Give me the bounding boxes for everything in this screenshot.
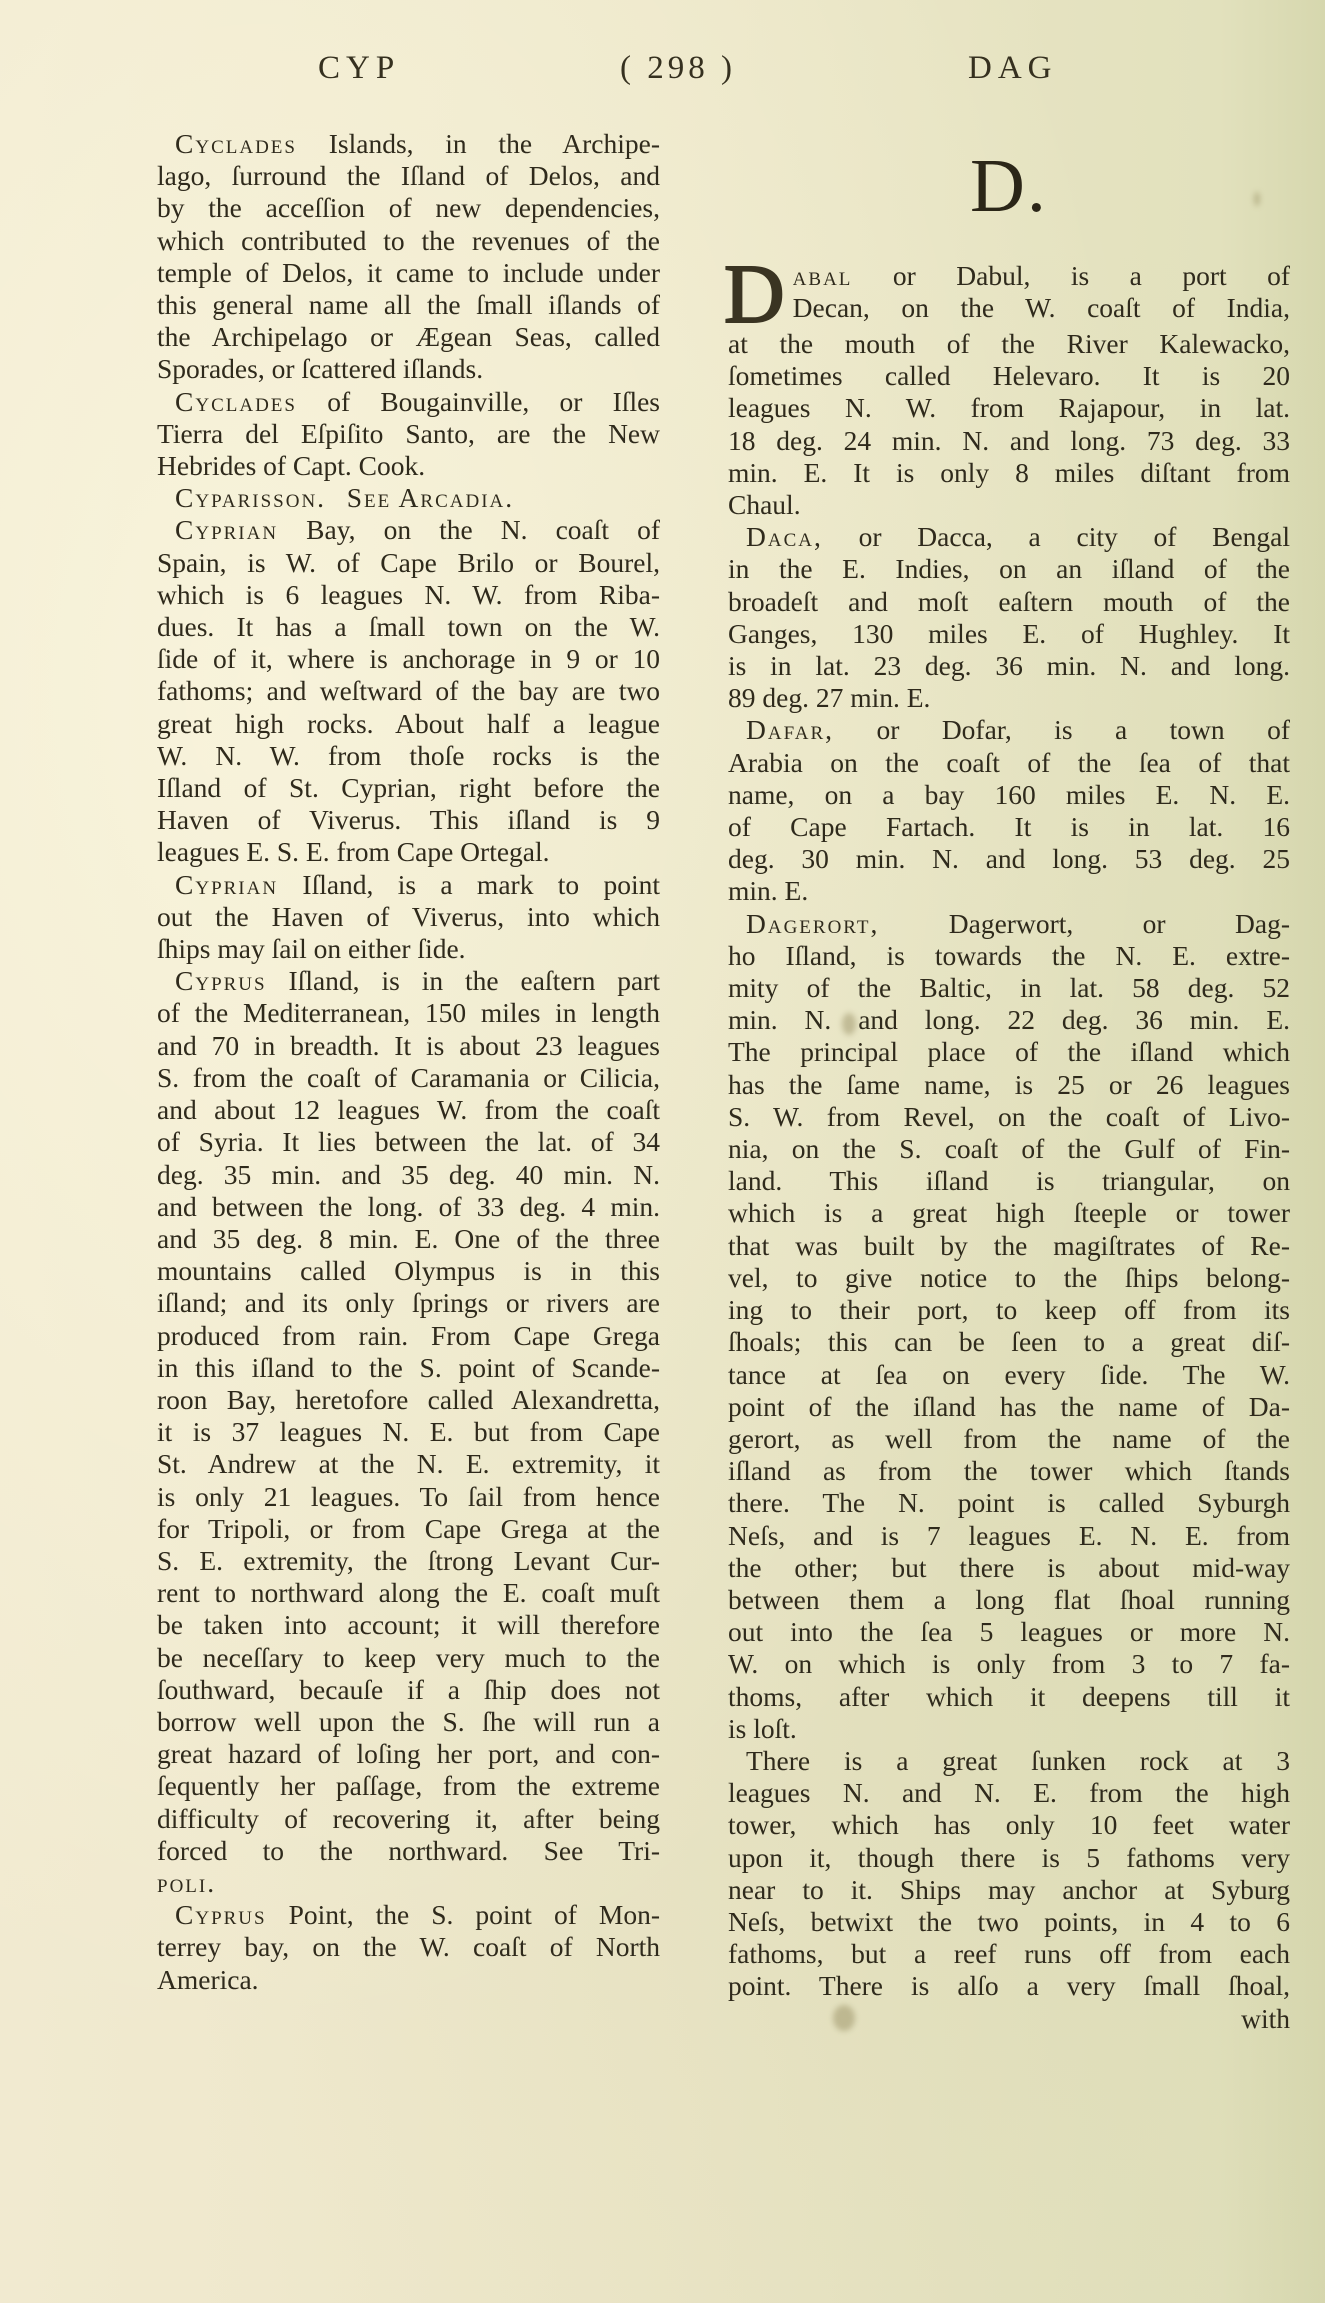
entry-line: and between the long. of 33 deg. 4 min. (157, 1191, 660, 1223)
entry-dagerort: Dagerort, Dagerwort, or Dag- ho Iſland, … (728, 908, 1290, 1745)
entry-line: Dagerort, Dagerwort, or Dag- (728, 908, 1290, 940)
headword: Cyprus (175, 965, 267, 996)
entry-line: by the acceſſion of new dependencies, (157, 192, 660, 224)
entry-line: tower, which has only 10 feet water (728, 1809, 1290, 1841)
entry-line: min. E. (728, 875, 1290, 907)
entry-line: ſouthward, becauſe if a ſhip does not (157, 1674, 660, 1706)
paper-stain (842, 1013, 856, 1035)
entry-cyprian-island: Cyprian Iſland, is a mark to point out t… (157, 869, 660, 966)
entry-line: Cyclades of Bougainville, or Iſles (157, 386, 660, 418)
entry-line: abal or Dabul, is a port of (793, 260, 1290, 292)
entry-line: between them a long flat ſhoal running (728, 1584, 1290, 1616)
entry-line: has the ſame name, is 25 or 26 leagues (728, 1069, 1290, 1101)
entry-line: W. N. W. from thoſe rocks is the (157, 740, 660, 772)
entry-line: this general name all the ſmall iſlands … (157, 289, 660, 321)
entry-line: Dafar, or Dofar, is a town of (728, 714, 1290, 746)
entry-dabal: D abal or Dabul, is a port of Decan, on … (728, 260, 1290, 521)
left-column: Cyclades Islands, in the Archipe- lago, … (157, 128, 660, 1996)
entry-line: of the Mediterranean, 150 miles in lengt… (157, 997, 660, 1029)
entry-line: Haven of Viverus. This iſland is 9 (157, 804, 660, 836)
entry-line: great high rocks. About half a league (157, 708, 660, 740)
entry-line: Chaul. (728, 489, 1290, 521)
book-page: CYP ( 298 ) DAG Cyclades Islands, in the… (0, 0, 1325, 2303)
entry-line: 89 deg. 27 min. E. (728, 682, 1290, 714)
entry-line: mountains called Olympus is in this (157, 1255, 660, 1287)
entry-line: Neſs, betwixt the two points, in 4 to 6 (728, 1906, 1290, 1938)
entry-line: out the Haven of Viverus, into which (157, 901, 660, 933)
entry-line: at the mouth of the River Kalewacko, (728, 328, 1290, 360)
entry-line: min. N. and long. 22 deg. 36 min. E. (728, 1004, 1290, 1036)
headword: Cyclades (175, 386, 297, 417)
entry-cyparisson: Cyparisson. See Arcadia. (157, 482, 660, 514)
entry-line: Cyprian Bay, on the N. coaſt of (157, 514, 660, 546)
entry-line: leagues N. W. from Rajapour, in lat. (728, 392, 1290, 424)
entry-line: forced to the northward. See Tri- (157, 1835, 660, 1867)
paragraph-opening: There (746, 1745, 810, 1776)
entry-line: Cyprian Iſland, is a mark to point (157, 869, 660, 901)
entry-line: upon it, though there is 5 fathoms very (728, 1842, 1290, 1874)
entry-line: for Tripoli, or from Cape Grega at the (157, 1513, 660, 1545)
entry-line: is only 21 leagues. To ſail from hence (157, 1481, 660, 1513)
entry-line: and about 12 leagues W. from the coaſt (157, 1094, 660, 1126)
headword: Dafar, (746, 714, 834, 745)
page-number: ( 298 ) (620, 50, 736, 87)
entry-line: difficulty of recovering it, after being (157, 1803, 660, 1835)
entry-line: There is a great ſunken rock at 3 (728, 1745, 1290, 1777)
entry-line: Neſs, and is 7 leagues E. N. E. from (728, 1520, 1290, 1552)
entry-line: Ganges, 130 miles E. of Hughley. It (728, 618, 1290, 650)
entry-line: which is a great high ſteeple or tower (728, 1197, 1290, 1229)
entry-line: S. from the coaſt of Caramania or Cilici… (157, 1062, 660, 1094)
entry-line: which is 6 leagues N. W. from Riba- (157, 579, 660, 611)
entry-line: W. on which is only from 3 to 7 fa- (728, 1648, 1290, 1680)
entry-line: point of the iſland has the name of Da- (728, 1391, 1290, 1423)
headword: Cyprus (175, 1899, 267, 1930)
entry-line: in this iſland to the S. point of Scande… (157, 1352, 660, 1384)
entry-line: of Cape Fartach. It is in lat. 16 (728, 811, 1290, 843)
entry-line: St. Andrew at the N. E. extremity, it (157, 1448, 660, 1480)
entry-line: which contributed to the revenues of the (157, 225, 660, 257)
entry-line: is loſt. (728, 1713, 1290, 1745)
entry-cyprus-island: Cyprus Iſland, is in the eaſtern part of… (157, 965, 660, 1899)
entry-cyprus-point: Cyprus Point, the S. point of Mon- terre… (157, 1899, 660, 1996)
entry-line: of Syria. It lies between the lat. of 34 (157, 1126, 660, 1158)
entry-line: ſhips may ſail on either ſide. (157, 933, 660, 965)
entry-line: min. E. It is only 8 miles diſtant from (728, 457, 1290, 489)
entry-line: Daca, or Dacca, a city of Bengal (728, 521, 1290, 553)
headword: abal (793, 260, 853, 291)
entry-line: temple of Delos, it came to include unde… (157, 257, 660, 289)
entry-line: great hazard of loſing her port, and con… (157, 1738, 660, 1770)
headword: Daca, (746, 521, 823, 552)
headword: Cyprian (175, 514, 278, 545)
headword: Cyprian (175, 869, 278, 900)
entry-line: Hebrides of Capt. Cook. (157, 450, 660, 482)
entry-line: Decan, on the W. coaſt of India, (793, 292, 1290, 324)
entry-cyprian-bay: Cyprian Bay, on the N. coaſt of Spain, i… (157, 514, 660, 868)
entry-line: Cyparisson. See Arcadia. (157, 482, 660, 514)
entry-line: deg. 35 min. and 35 deg. 40 min. N. (157, 1159, 660, 1191)
entry-line: that was built by the magiſtrates of Re- (728, 1230, 1290, 1262)
entry-line: roon Bay, heretofore called Alexandretta… (157, 1384, 660, 1416)
entry-line: point. There is alſo a very ſmall ſhoal, (728, 1970, 1290, 2002)
entry-line: Sporades, or ſcattered iſlands. (157, 353, 660, 385)
right-column: D. D abal or Dabul, is a port of Decan, … (728, 128, 1290, 2035)
entry-line: ho Iſland, is towards the N. E. extre- (728, 940, 1290, 972)
entry-line: The principal place of the iſland which (728, 1036, 1290, 1068)
entry-line: fathoms; and weſtward of the bay are two (157, 675, 660, 707)
running-head-right: DAG (968, 50, 1058, 87)
entry-daca: Daca, or Dacca, a city of Bengal in the … (728, 521, 1290, 714)
entry-line: is in lat. 23 deg. 36 min. N. and long. (728, 650, 1290, 682)
entry-line: lago, ſurround the Iſland of Delos, and (157, 160, 660, 192)
entry-line: S. E. extremity, the ſtrong Levant Cur- (157, 1545, 660, 1577)
entry-line: it is 37 leagues N. E. but from Cape (157, 1416, 660, 1448)
entry-line: name, on a bay 160 miles E. N. E. (728, 779, 1290, 811)
entry-line: nia, on the S. coaſt of the Gulf of Fin- (728, 1133, 1290, 1165)
entry-line: in the E. Indies, on an iſland of the (728, 553, 1290, 585)
entry-line: Cyprus Point, the S. point of Mon- (157, 1899, 660, 1931)
entry-line: terrey bay, on the W. coaſt of North (157, 1931, 660, 1963)
entry-line: tance at ſea on every ſide. The W. (728, 1359, 1290, 1391)
entry-line: be taken into account; it will therefore (157, 1609, 660, 1641)
entry-line: Tierra del Eſpiſito Santo, are the New (157, 418, 660, 450)
entry-line: fathoms, but a reef runs off from each (728, 1938, 1290, 1970)
entry-dafar: Dafar, or Dofar, is a town of Arabia on … (728, 714, 1290, 907)
entry-line: there. The N. point is called Syburgh (728, 1487, 1290, 1519)
entry-line: be neceſſary to keep very much to the (157, 1642, 660, 1674)
entry-line: the Archipelago or Ægean Seas, called (157, 321, 660, 353)
entry-line: thoms, after which it deepens till it (728, 1681, 1290, 1713)
entry-line: leagues N. and N. E. from the high (728, 1777, 1290, 1809)
entry-line: produced from rain. From Cape Grega (157, 1320, 660, 1352)
entry-line: ſide of it, where is anchorage in 9 or 1… (157, 643, 660, 675)
headword: Cyclades (175, 128, 297, 159)
entry-line: leagues E. S. E. from Cape Ortegal. (157, 836, 660, 868)
entry-line: borrow well upon the S. ſhe will run a (157, 1706, 660, 1738)
paper-stain (1254, 192, 1260, 206)
running-head: CYP ( 298 ) DAG (0, 50, 1325, 110)
entry-line: mity of the Baltic, in lat. 58 deg. 52 (728, 972, 1290, 1004)
entry-line: broadeſt and moſt eaſtern mouth of the (728, 586, 1290, 618)
entry-line: Arabia on the coaſt of the ſea of that (728, 747, 1290, 779)
entry-line: out into the ſea 5 leagues or more N. (728, 1616, 1290, 1648)
entry-line: the other; but there is about mid-way (728, 1552, 1290, 1584)
catchword: with (728, 2003, 1290, 2035)
entry-cyclades-islands: Cyclades Islands, in the Archipe- lago, … (157, 128, 660, 386)
entry-line: near to it. Ships may anchor at Syburg (728, 1874, 1290, 1906)
entry-line: and 35 deg. 8 min. E. One of the three (157, 1223, 660, 1255)
entry-line: iſland; and its only ſprings or rivers a… (157, 1287, 660, 1319)
entry-line: ing to their port, to keep off from its (728, 1294, 1290, 1326)
entry-line: Spain, is W. of Cape Brilo or Bourel, (157, 547, 660, 579)
entry-cyclades-of-bougainville: Cyclades of Bougainville, or Iſles Tierr… (157, 386, 660, 483)
entry-line: iſland as from the tower which ſtands (728, 1455, 1290, 1487)
entry-sunken-rock-paragraph: There is a great ſunken rock at 3 league… (728, 1745, 1290, 2003)
entry-line: and 70 in breadth. It is about 23 league… (157, 1030, 660, 1062)
entry-line: 18 deg. 24 min. N. and long. 73 deg. 33 (728, 425, 1290, 457)
entry-line: Cyclades Islands, in the Archipe- (157, 128, 660, 160)
entry-line: America. (157, 1964, 660, 1996)
headword: Cyparisson. (175, 482, 326, 513)
entry-line: ſometimes called Helevaro. It is 20 (728, 360, 1290, 392)
drop-cap: D (724, 262, 785, 328)
entry-line: deg. 30 min. N. and long. 53 deg. 25 (728, 843, 1290, 875)
entry-line: gerort, as well from the name of the (728, 1423, 1290, 1455)
section-heading: D. (728, 146, 1290, 226)
entry-line: poli. (157, 1867, 660, 1899)
entry-line: ſhoals; this can be ſeen to a great diſ- (728, 1326, 1290, 1358)
entry-line: ſequently her paſſage, from the extreme (157, 1770, 660, 1802)
entry-line: rent to northward along the E. coaſt muſ… (157, 1577, 660, 1609)
entry-line: Cyprus Iſland, is in the eaſtern part (157, 965, 660, 997)
running-head-left: CYP (318, 50, 400, 87)
entry-line: Iſland of St. Cyprian, right before the (157, 772, 660, 804)
entry-line: dues. It has a ſmall town on the W. (157, 611, 660, 643)
cross-reference: See Arcadia. (347, 482, 514, 513)
headword: Dagerort, (746, 908, 879, 939)
entry-line: land. This iſland is triangular, on (728, 1165, 1290, 1197)
paper-stain (833, 2005, 855, 2031)
entry-line: S. W. from Revel, on the coaſt of Livo- (728, 1101, 1290, 1133)
entry-line: vel, to give notice to the ſhips belong- (728, 1262, 1290, 1294)
